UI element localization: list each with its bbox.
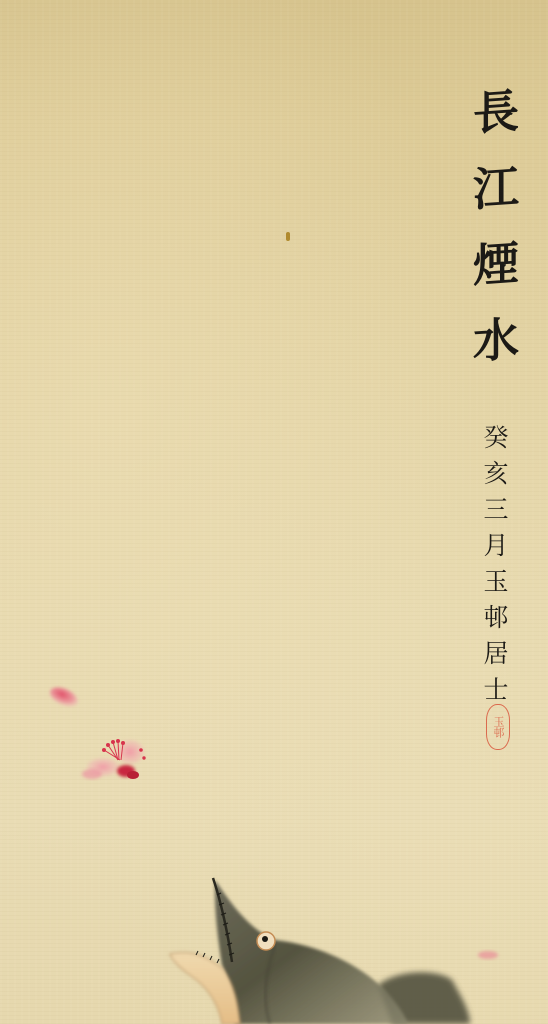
inscription-signature: 癸亥三月玉邨居士 (482, 424, 507, 712)
plum-blossom (82, 740, 145, 780)
inscription-title: 長江煙水 (470, 86, 516, 393)
falling-petal (47, 683, 81, 710)
red-seal: 玉邨 (486, 704, 510, 750)
fish (170, 878, 470, 1024)
seal-text: 玉邨 (492, 716, 504, 738)
hanging-scroll-painting: 長江煙水 癸亥三月玉邨居士 玉邨 (0, 0, 548, 1024)
gold-speck (286, 232, 290, 241)
distant-petal (478, 951, 498, 959)
